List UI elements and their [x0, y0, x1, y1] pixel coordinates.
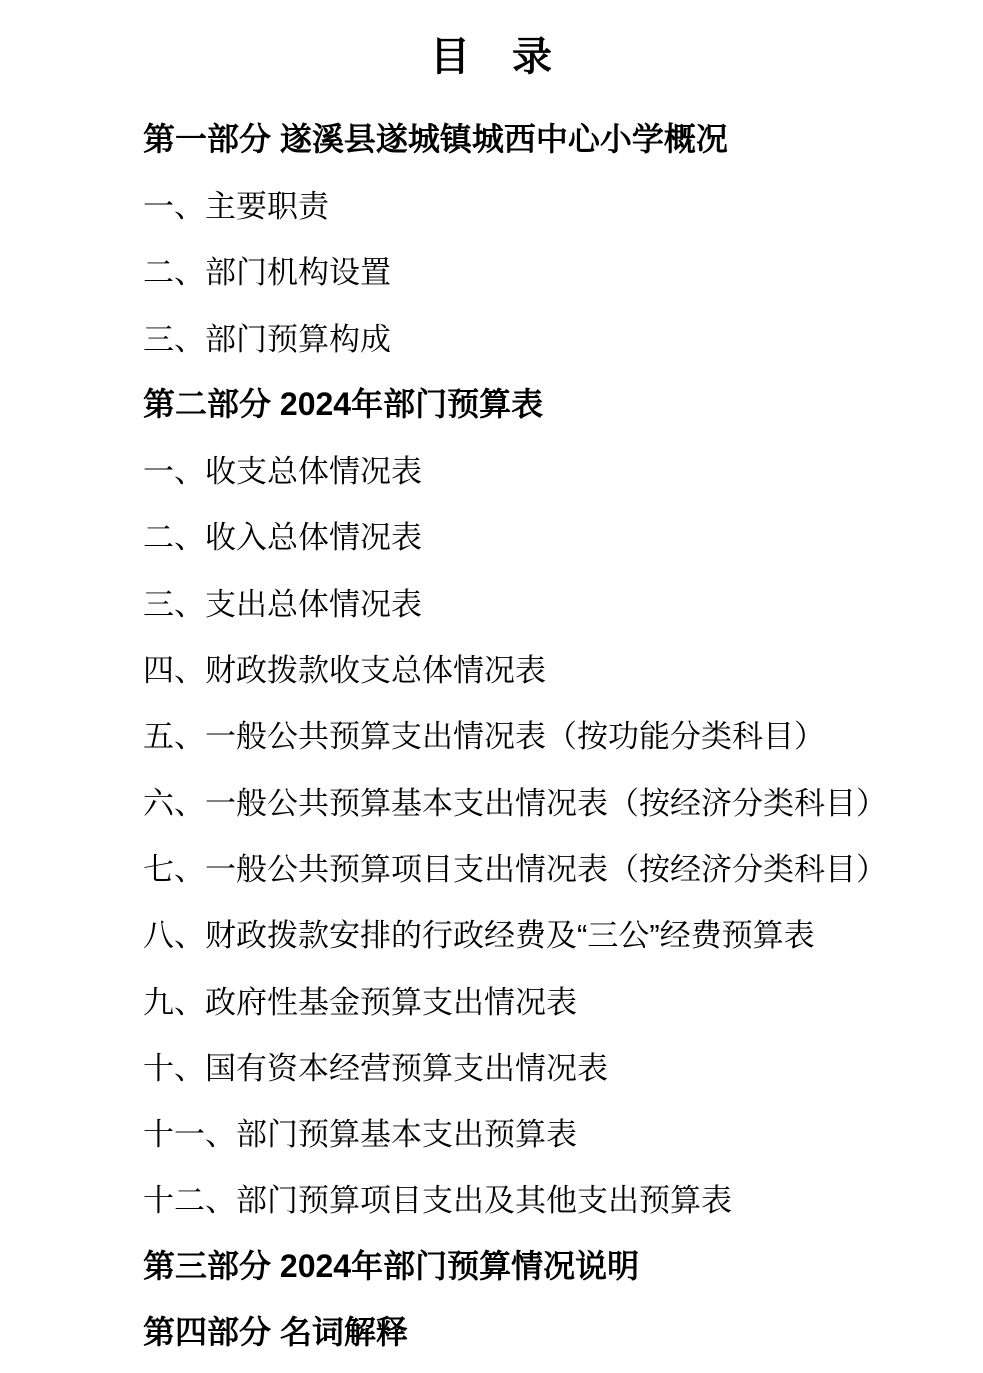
- page-title: 目 录: [0, 36, 983, 78]
- toc-item: 十二、部门预算项目支出及其他支出预算表: [143, 1165, 923, 1231]
- document-page: 目 录 第一部分 遂溪县遂城镇城西中心小学概况 一、主要职责 二、部门机构设置 …: [0, 0, 983, 1373]
- table-of-contents: 第一部分 遂溪县遂城镇城西中心小学概况 一、主要职责 二、部门机构设置 三、部门…: [143, 104, 923, 1364]
- toc-item: 三、部门预算构成: [143, 303, 923, 369]
- toc-item: 二、收入总体情况表: [143, 502, 923, 568]
- toc-item: 七、一般公共预算项目支出情况表（按经济分类科目）: [143, 833, 923, 899]
- toc-item: 六、一般公共预算基本支出情况表（按经济分类科目）: [143, 767, 923, 833]
- toc-part-heading: 第一部分 遂溪县遂城镇城西中心小学概况: [143, 104, 923, 170]
- toc-part-heading: 第四部分 名词解释: [143, 1297, 923, 1363]
- toc-item: 一、主要职责: [143, 170, 923, 236]
- toc-item: 八、财政拨款安排的行政经费及“三公”经费预算表: [143, 900, 923, 966]
- toc-item: 九、政府性基金预算支出情况表: [143, 966, 923, 1032]
- toc-item: 五、一般公共预算支出情况表（按功能分类科目）: [143, 701, 923, 767]
- toc-item: 一、收支总体情况表: [143, 435, 923, 501]
- toc-item: 三、支出总体情况表: [143, 568, 923, 634]
- toc-part-heading: 第三部分 2024年部门预算情况说明: [143, 1231, 923, 1297]
- toc-item: 四、财政拨款收支总体情况表: [143, 634, 923, 700]
- toc-item: 十一、部门预算基本支出预算表: [143, 1098, 923, 1164]
- toc-part-heading: 第二部分 2024年部门预算表: [143, 369, 923, 435]
- toc-item: 二、部门机构设置: [143, 237, 923, 303]
- toc-item: 十、国有资本经营预算支出情况表: [143, 1032, 923, 1098]
